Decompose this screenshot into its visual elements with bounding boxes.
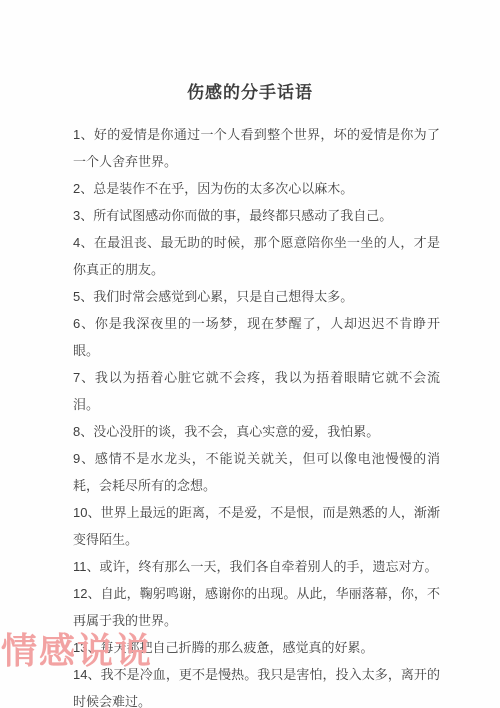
- quote-item: 2、总是装作不在乎，因为伤的太多次心以麻木。: [73, 175, 440, 202]
- quote-item: 11、或许，终有那么一天，我们各自牵着别人的手，遗忘对方。: [73, 553, 440, 580]
- quote-item: 7、我以为捂着心脏它就不会疼，我以为捂着眼睛它就不会流泪。: [73, 364, 440, 418]
- quote-item: 3、所有试图感动你而做的事，最终都只感动了我自己。: [73, 202, 440, 229]
- quote-item: 9、感情不是水龙头，不能说关就关，但可以像电池慢慢的消耗，会耗尽所有的念想。: [73, 445, 440, 499]
- quote-item: 10、世界上最远的距离，不是爱，不是恨，而是熟悉的人，渐渐变得陌生。: [73, 499, 440, 553]
- quote-item: 4、在最沮丧、最无助的时候，那个愿意陪你坐一坐的人，才是你真正的朋友。: [73, 229, 440, 283]
- quote-list: 1、好的爱情是你通过一个人看到整个世界，坏的爱情是你为了一个人舍弃世界。2、总是…: [73, 121, 440, 708]
- quote-item: 5、我们时常会感觉到心累，只是自己想得太多。: [73, 283, 440, 310]
- quote-item: 6、你是我深夜里的一场梦，现在梦醒了，人却迟迟不肯睁开眼。: [73, 310, 440, 364]
- quote-item: 1、好的爱情是你通过一个人看到整个世界，坏的爱情是你为了一个人舍弃世界。: [73, 121, 440, 175]
- page-title: 伤感的分手话语: [0, 78, 500, 103]
- document-page: 伤感的分手话语 1、好的爱情是你通过一个人看到整个世界，坏的爱情是你为了一个人舍…: [0, 0, 500, 708]
- quote-item: 8、没心没肝的谈，我不会，真心实意的爱，我怕累。: [73, 418, 440, 445]
- quote-item: 12、自此，鞠躬鸣谢，感谢你的出现。从此，华丽落幕，你，不再属于我的世界。: [73, 580, 440, 634]
- watermark-logo: 情感说说: [1, 633, 153, 669]
